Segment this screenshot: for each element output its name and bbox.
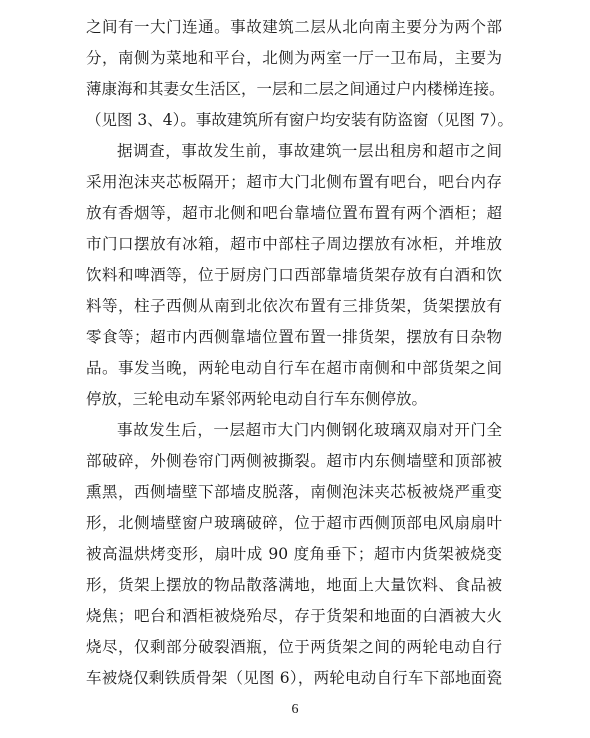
text-line: 形，货架上摆放的物品散落满地，地面上大量饮料、食品被 [86,574,502,596]
text-line: 料等，柱子西侧从南到北依次布置有三排货架，货架摆放有 [86,295,502,317]
text-line: 车被烧仅剩铁质骨架（见图 6），两轮电动自行车下部地面瓷 [86,667,502,689]
text-line: 放有香烟等，超市北侧和吧台靠墙位置布置有两个酒柜；超 [86,202,502,224]
text-line: 烧尽，仅剩部分破裂酒瓶，位于两货架之间的两轮电动自行 [86,636,502,658]
text-line: 饮料和啤酒等，位于厨房门口西部靠墙货架存放有白酒和饮 [86,264,502,286]
text-line: 之间有一大门连通。事故建筑二层从北向南主要分为两个部 [86,16,502,38]
text-line: 采用泡沫夹芯板隔开；超市大门北侧布置有吧台，吧台内存 [86,171,502,193]
text-line: （见图 3、4）。事故建筑所有窗户均安装有防盗窗（见图 7）。 [86,109,502,131]
text-line: 被高温烘烤变形，扇叶成 90 度角垂下；超市内货架被烧变 [86,543,502,565]
text-line: 事故发生后，一层超市大门内侧钢化玻璃双扇对开门全 [117,419,502,441]
text-line: 薄康海和其妻女生活区，一层和二层之间通过户内楼梯连接。 [86,78,502,100]
text-line: 形，北侧墙壁窗户玻璃破碎，位于超市西侧顶部电风扇扇叶 [86,512,502,534]
text-line: 熏黑，西侧墙壁下部墙皮脱落，南侧泡沫夹芯板被烧严重变 [86,481,502,503]
text-line: 品。事发当晚，两轮电动自行车在超市南侧和中部货架之间 [86,357,502,379]
text-line: 分，南侧为菜地和平台，北侧为两室一厅一卫布局，主要为 [86,47,502,69]
document-page: 之间有一大门连通。事故建筑二层从北向南主要分为两个部 分，南侧为菜地和平台，北侧… [0,0,590,738]
text-line: 部破碎，外侧卷帘门两侧被撕裂。超市内东侧墙壁和顶部被 [86,450,502,472]
text-line: 烧焦；吧台和酒柜被烧殆尽，存于货架和地面的白酒被大火 [86,605,502,627]
page-number: 6 [0,702,590,718]
text-line: 零食等；超市内西侧靠墙位置布置一排货架，摆放有日杂物 [86,326,502,348]
text-line: 停放，三轮电动车紧邻两轮电动自行车东侧停放。 [86,388,502,410]
text-line: 市门口摆放有冰箱，超市中部柱子周边摆放有冰柜，并堆放 [86,233,502,255]
text-line: 据调查，事故发生前，事故建筑一层出租房和超市之间 [117,140,502,162]
